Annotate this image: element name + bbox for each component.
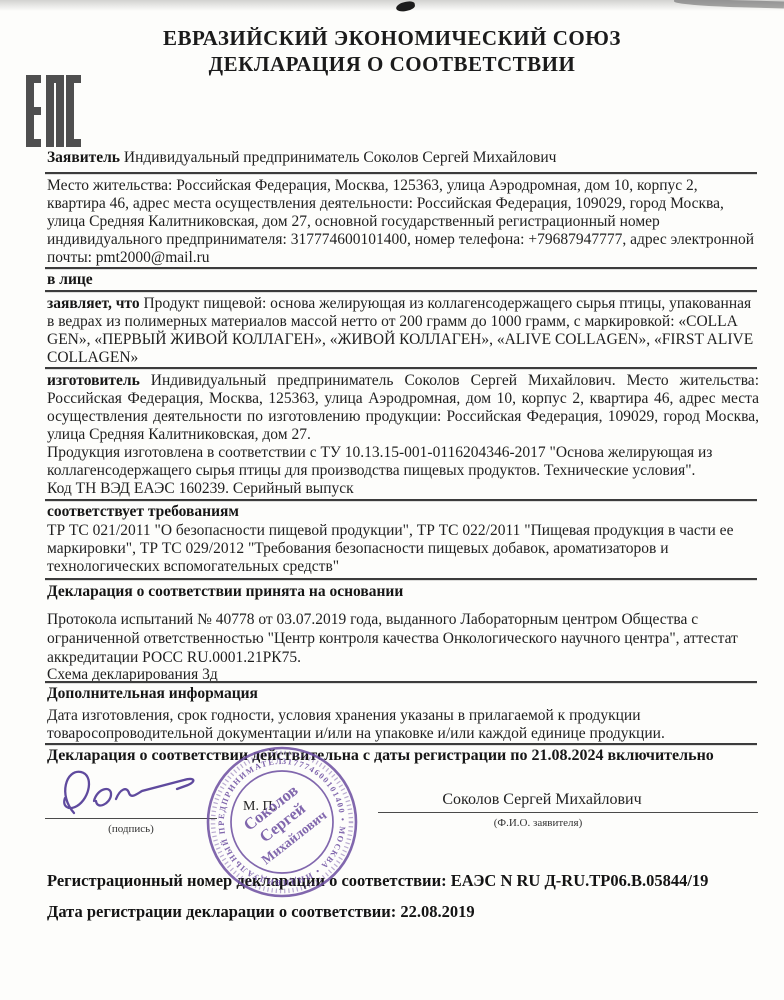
- document-title: ДЕКЛАРАЦИЯ О СООТВЕТСТВИИ: [0, 52, 784, 77]
- eac-mark-icon: [24, 75, 82, 148]
- declaration-document: ЕВРАЗИЙСКИЙ ЭКОНОМИЧЕСКИЙ СОЮЗ ДЕКЛАРАЦИ…: [0, 0, 784, 1000]
- in-person-label: в лице: [47, 271, 759, 289]
- registration-number-line: Регистрационный номер декларации о соотв…: [47, 871, 759, 891]
- basis-header: Декларация о соответствии принята на осн…: [47, 583, 759, 601]
- divider: [45, 290, 757, 292]
- divider: [45, 172, 757, 174]
- applicant-value: Индивидуальный предприниматель Соколов С…: [124, 149, 557, 166]
- production-note: Продукция изготовлена в соответствии с Т…: [47, 444, 759, 480]
- divider: [45, 499, 757, 501]
- tn-ved-line: Код ТН ВЭД ЕАЭС 160239. Серийный выпуск: [47, 480, 759, 498]
- manufacturer-label: изготовитель: [47, 372, 140, 389]
- registration-date-label: Дата регистрации декларации о соответств…: [47, 902, 396, 921]
- divider: [45, 267, 757, 269]
- fio-caption: (Ф.И.О. заявителя): [378, 817, 698, 829]
- compliance-paragraph: ТР ТС 021/2011 "О безопасности пищевой п…: [47, 522, 759, 576]
- additional-info-paragraph: Дата изготовления, срок годности, услови…: [47, 707, 747, 743]
- declares-paragraph: заявляет, что Продукт пищевой: основа же…: [47, 295, 759, 367]
- divider: [45, 578, 757, 580]
- fio-line: [378, 812, 758, 813]
- applicant-label: Заявитель: [47, 149, 120, 166]
- additional-info-header: Дополнительная информация: [47, 685, 759, 703]
- round-stamp: 317774600101400 • МОСКВА • ИНДИВИДУАЛЬНЫ…: [203, 743, 361, 901]
- applicant-name-typed: Соколов Сергей Михайлович: [382, 791, 702, 809]
- divider: [45, 743, 757, 745]
- union-title: ЕВРАЗИЙСКИЙ ЭКОНОМИЧЕСКИЙ СОЮЗ: [0, 26, 784, 51]
- divider: [45, 681, 757, 683]
- declares-label: заявляет, что: [47, 295, 140, 312]
- manufacturer-block: изготовитель Индивидуальный предпринимат…: [47, 372, 759, 498]
- registration-date-value: 22.08.2019: [400, 902, 474, 921]
- residence-paragraph: Место жительства: Российская Федерация, …: [47, 177, 759, 267]
- manufacturer-value: Индивидуальный предприниматель Соколов С…: [47, 372, 759, 443]
- declares-value: Продукт пищевой: основа желирующая из ко…: [47, 295, 753, 366]
- applicant-row: Заявитель Индивидуальный предприниматель…: [47, 149, 759, 167]
- compliance-header: соответствует требованиям: [47, 503, 759, 521]
- basis-paragraph: Протокола испытаний № 40778 от 03.07.201…: [47, 610, 759, 667]
- divider: [45, 367, 757, 369]
- scan-shadow-top: [0, 0, 784, 11]
- registration-number-value: ЕАЭС N RU Д-RU.ТР06.В.05844/19: [451, 871, 709, 890]
- registration-date-line: Дата регистрации декларации о соответств…: [47, 902, 759, 922]
